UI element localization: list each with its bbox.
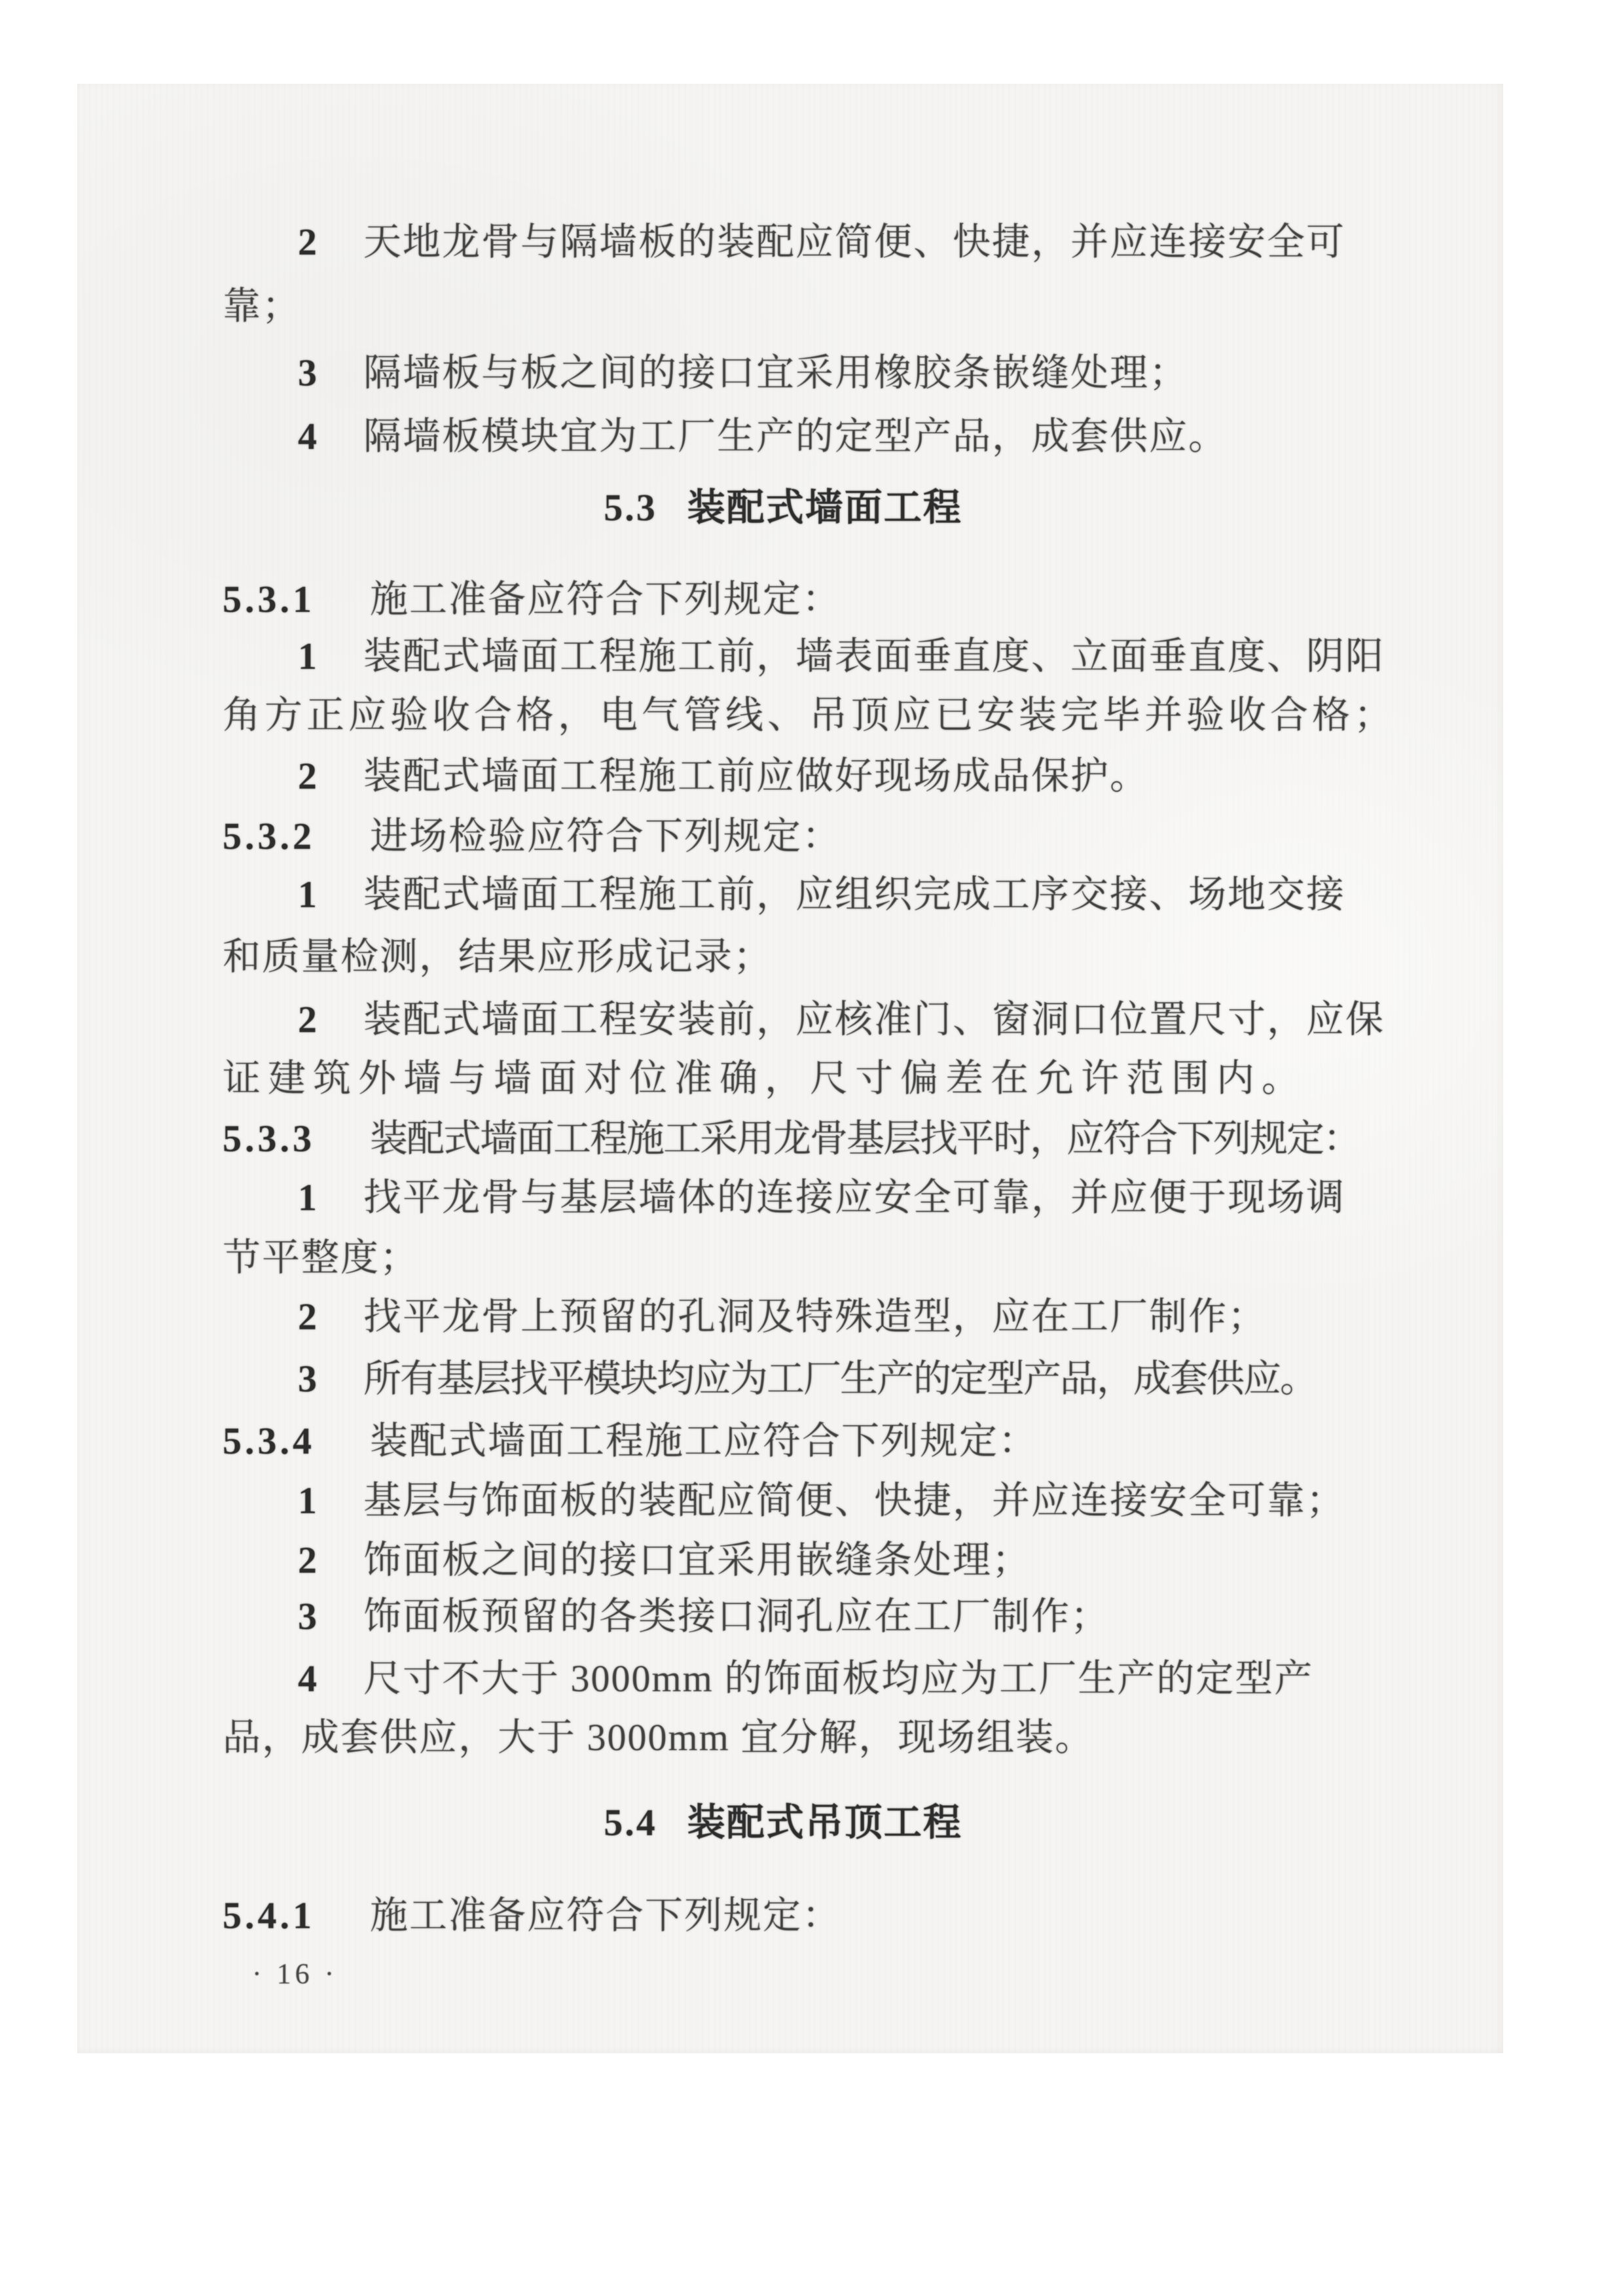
list-item-line: 2找平龙骨上预留的孔洞及特殊造型，应在工厂制作； — [298, 1287, 1484, 1347]
list-item-line: 2饰面板之间的接口宜采用嵌缝条处理； — [298, 1530, 1484, 1590]
line-text: 找平龙骨与基层墙体的连接应安全可靠，并应便于现场调 — [363, 1176, 1345, 1219]
line-text: 品，成套供应，大于 3000mm 宜分解，现场组装。 — [223, 1716, 1094, 1759]
item-number: 2 — [298, 212, 363, 272]
section-number: 5.3 — [604, 486, 657, 529]
clause-heading-line: 5.3.1施工准备应符合下列规定： — [223, 569, 1409, 630]
clause-heading-line: 5.3.4装配式墙面工程施工应符合下列规定： — [223, 1411, 1409, 1471]
line-text: 靠； — [223, 285, 301, 327]
body-line: 靠； — [223, 276, 1409, 336]
list-item-line: 1基层与饰面板的装配应简便、快捷，并应连接安全可靠； — [298, 1471, 1484, 1531]
section-title: 装配式墙面工程 — [687, 486, 962, 529]
scanned-page: 2天地龙骨与隔墙板的装配应简便、快捷，并应连接安全可 靠； 3隔墙板与板之间的接… — [77, 84, 1503, 2053]
list-item-line: 4尺寸不大于 3000mm 的饰面板均应为工厂生产的定型产 — [298, 1649, 1484, 1709]
line-text: 找平龙骨上预留的孔洞及特殊造型，应在工厂制作； — [363, 1295, 1267, 1338]
line-text: 和质量检测，结果应形成记录； — [223, 935, 773, 978]
clause-heading-line: 5.3.3装配式墙面工程施工采用龙骨基层找平时，应符合下列规定： — [223, 1109, 1409, 1169]
item-number: 4 — [298, 1649, 363, 1709]
clause-number: 5.3.4 — [223, 1411, 370, 1471]
line-text: 隔墙板模块宜为工厂生产的定型产品，成套供应。 — [363, 415, 1228, 457]
item-number: 3 — [298, 1349, 363, 1409]
item-number: 3 — [298, 1587, 363, 1647]
line-text: 进场检验应符合下列规定： — [370, 815, 841, 857]
section-heading: 5.3装配式墙面工程 — [190, 478, 1376, 538]
line-text: 装配式墙面工程施工前，墙表面垂直度、立面垂直度、阴阳 — [363, 635, 1385, 677]
section-number: 5.4 — [604, 1801, 657, 1844]
list-item-line: 2装配式墙面工程施工前应做好现场成品保护。 — [298, 746, 1484, 806]
clause-number: 5.3.1 — [223, 569, 370, 630]
body-line: 证建筑外墙与墙面对位准确，尺寸偏差在允许范围内。 — [223, 1049, 1409, 1109]
body-line: 节平整度； — [223, 1228, 1409, 1288]
page-content: 2天地龙骨与隔墙板的装配应简便、快捷，并应连接安全可 靠； 3隔墙板与板之间的接… — [77, 84, 1503, 2053]
line-text: 隔墙板与板之间的接口宜采用橡胶条嵌缝处理； — [363, 351, 1188, 394]
line-text: 所有基层找平模块均应为工厂生产的定型产品，成套供应。 — [363, 1357, 1317, 1400]
list-item-line: 3饰面板预留的各类接口洞孔应在工厂制作； — [298, 1587, 1484, 1647]
line-text: 装配式墙面工程施工前应做好现场成品保护。 — [363, 755, 1149, 797]
list-item-line: 2天地龙骨与隔墙板的装配应简便、快捷，并应连接安全可 — [298, 212, 1484, 272]
item-number: 2 — [298, 990, 363, 1050]
item-number: 1 — [298, 1168, 363, 1228]
item-number: 1 — [298, 865, 363, 925]
line-text: 饰面板预留的各类接口洞孔应在工厂制作； — [363, 1595, 1110, 1638]
document-sheet: 2天地龙骨与隔墙板的装配应简便、快捷，并应连接安全可 靠； 3隔墙板与板之间的接… — [0, 0, 1623, 2296]
line-text: 饰面板之间的接口宜采用嵌缝条处理； — [363, 1539, 1031, 1581]
list-item-line: 3隔墙板与板之间的接口宜采用橡胶条嵌缝处理； — [298, 343, 1484, 403]
clause-number: 5.3.3 — [223, 1109, 370, 1169]
line-text: 尺寸不大于 3000mm 的饰面板均应为工厂生产的定型产 — [363, 1657, 1313, 1700]
item-number: 1 — [298, 1471, 363, 1531]
item-number: 4 — [298, 406, 363, 467]
list-item-line: 3所有基层找平模块均应为工厂生产的定型产品，成套供应。 — [298, 1349, 1484, 1409]
line-text: 装配式墙面工程施工应符合下列规定： — [370, 1420, 1038, 1462]
line-text: 节平整度； — [223, 1236, 419, 1279]
line-text: 基层与饰面板的装配应简便、快捷，并应连接安全可靠； — [363, 1479, 1345, 1522]
line-text: 装配式墙面工程安装前，应核准门、窗洞口位置尺寸，应保 — [363, 998, 1385, 1041]
clause-number: 5.3.2 — [223, 806, 370, 867]
list-item-line: 4隔墙板模块宜为工厂生产的定型产品，成套供应。 — [298, 406, 1484, 467]
item-number: 2 — [298, 1287, 363, 1347]
section-title: 装配式吊顶工程 — [687, 1801, 962, 1844]
line-text: 装配式墙面工程施工采用龙骨基层找平时，应符合下列规定： — [370, 1117, 1360, 1160]
list-item-line: 1装配式墙面工程施工前，墙表面垂直度、立面垂直度、阴阳 — [298, 626, 1484, 687]
item-number: 2 — [298, 746, 363, 806]
line-text: 装配式墙面工程施工前，应组织完成工序交接、场地交接 — [363, 873, 1345, 916]
clause-number: 5.4.1 — [223, 1886, 370, 1946]
line-text: 角方正应验收合格，电气管线、吊顶应已安装完毕并验收合格； — [223, 694, 1396, 736]
item-number: 3 — [298, 343, 363, 403]
item-number: 1 — [298, 626, 363, 687]
line-text: 证建筑外墙与墙面对位准确，尺寸偏差在允许范围内。 — [223, 1057, 1307, 1100]
body-line: 角方正应验收合格，电气管线、吊顶应已安装完毕并验收合格； — [223, 685, 1409, 745]
line-text: 施工准备应符合下列规定： — [370, 1894, 841, 1937]
clause-heading-line: 5.4.1施工准备应符合下列规定： — [223, 1886, 1409, 1946]
line-text: 施工准备应符合下列规定： — [370, 578, 841, 620]
clause-heading-line: 5.3.2进场检验应符合下列规定： — [223, 806, 1409, 867]
list-item-line: 2装配式墙面工程安装前，应核准门、窗洞口位置尺寸，应保 — [298, 990, 1484, 1050]
page-number: · 16 · — [252, 1944, 338, 2004]
body-line: 和质量检测，结果应形成记录； — [223, 927, 1409, 987]
list-item-line: 1装配式墙面工程施工前，应组织完成工序交接、场地交接 — [298, 865, 1484, 925]
line-text: 天地龙骨与隔墙板的装配应简便、快捷，并应连接安全可 — [363, 221, 1345, 263]
item-number: 2 — [298, 1530, 363, 1590]
list-item-line: 1找平龙骨与基层墙体的连接应安全可靠，并应便于现场调 — [298, 1168, 1484, 1228]
body-line: 品，成套供应，大于 3000mm 宜分解，现场组装。 — [223, 1708, 1409, 1768]
section-heading: 5.4装配式吊顶工程 — [190, 1793, 1376, 1853]
